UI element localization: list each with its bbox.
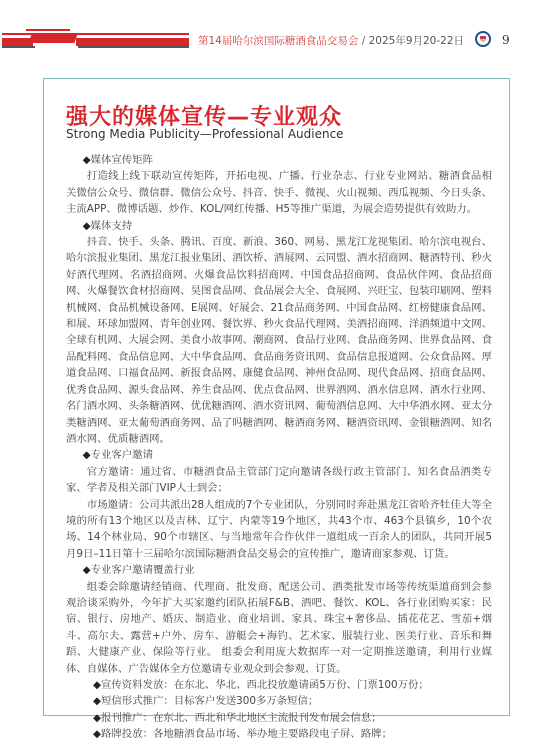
section-heading-customer-invite: 专业客户邀请 [66, 447, 492, 463]
section-heading-industry-coverage: 专业客户邀请覆盖行业 [66, 562, 492, 578]
bullet-item: 路牌投放：各地糖酒食品市场、举办地主要路段电子屏、路牌； [66, 726, 492, 742]
expo-logo-icon [475, 31, 491, 47]
header-separator: / [358, 35, 368, 47]
paragraph-media-matrix: 打造线上线下联动宣传矩阵，开拓电视、广播、行业杂志、行业专业网站、糖酒食品相关微… [66, 168, 492, 217]
page-header: 第14届哈尔滨国际糖酒食品交易会 / 2025年9月20-22日 9 [0, 0, 550, 60]
section-heading-media-support: 媒体支持 [66, 218, 492, 234]
page-number: 9 [502, 33, 510, 47]
header-decor-bar [28, 34, 77, 43]
bullet-item: 宣传资料发放：在东北、华北、西北投放邀请函5万份、门票100万份； [66, 677, 492, 693]
section-heading-media-matrix: 媒体宣传矩阵 [66, 152, 492, 168]
event-date: 2025年9月20-22日 [369, 35, 464, 47]
header-decor-line [2, 33, 189, 35]
paragraph-media-support: 抖音、快手、头条、腾讯、百度、新浪、360、网易、黑龙江龙视集团、哈尔滨电视台、… [66, 234, 492, 447]
article-body: 媒体宣传矩阵 打造线上线下联动宣传矩阵，开拓电视、广播、行业杂志、行业专业网站、… [66, 152, 492, 743]
paragraph-market-invite: 市场邀请：公司共派出28人组成的7个专业团队，分别同时奔赴黑龙江省哈齐牡佳大等全… [66, 497, 492, 563]
bullet-item: 短信形式推广：目标客户发送300多万条短信； [66, 693, 492, 709]
event-name: 第14届哈尔滨国际糖酒食品交易会 [198, 35, 358, 47]
header-decor-line [78, 46, 189, 48]
header-decor-line [2, 46, 35, 48]
bullet-item: 报刊推广：在东北、西北和华北地区主流报刊发布展会信息； [66, 710, 492, 726]
header-decor-bar [76, 38, 189, 46]
paragraph-industry-coverage: 组委会除邀请经销商、代理商、批发商、配送公司、酒类批发市场等传统渠道商到会参观洽… [66, 579, 492, 677]
header-title: 第14届哈尔滨国际糖酒食品交易会 / 2025年9月20-22日 [198, 33, 464, 48]
page-subtitle: Strong Media Publicity—Professional Audi… [66, 127, 344, 141]
paragraph-official-invite: 官方邀请：通过省、市糖酒食品主管部门定向邀请各级行政主管部门、知名食品酒类专家、… [66, 464, 492, 497]
header-decor-line [26, 29, 70, 31]
